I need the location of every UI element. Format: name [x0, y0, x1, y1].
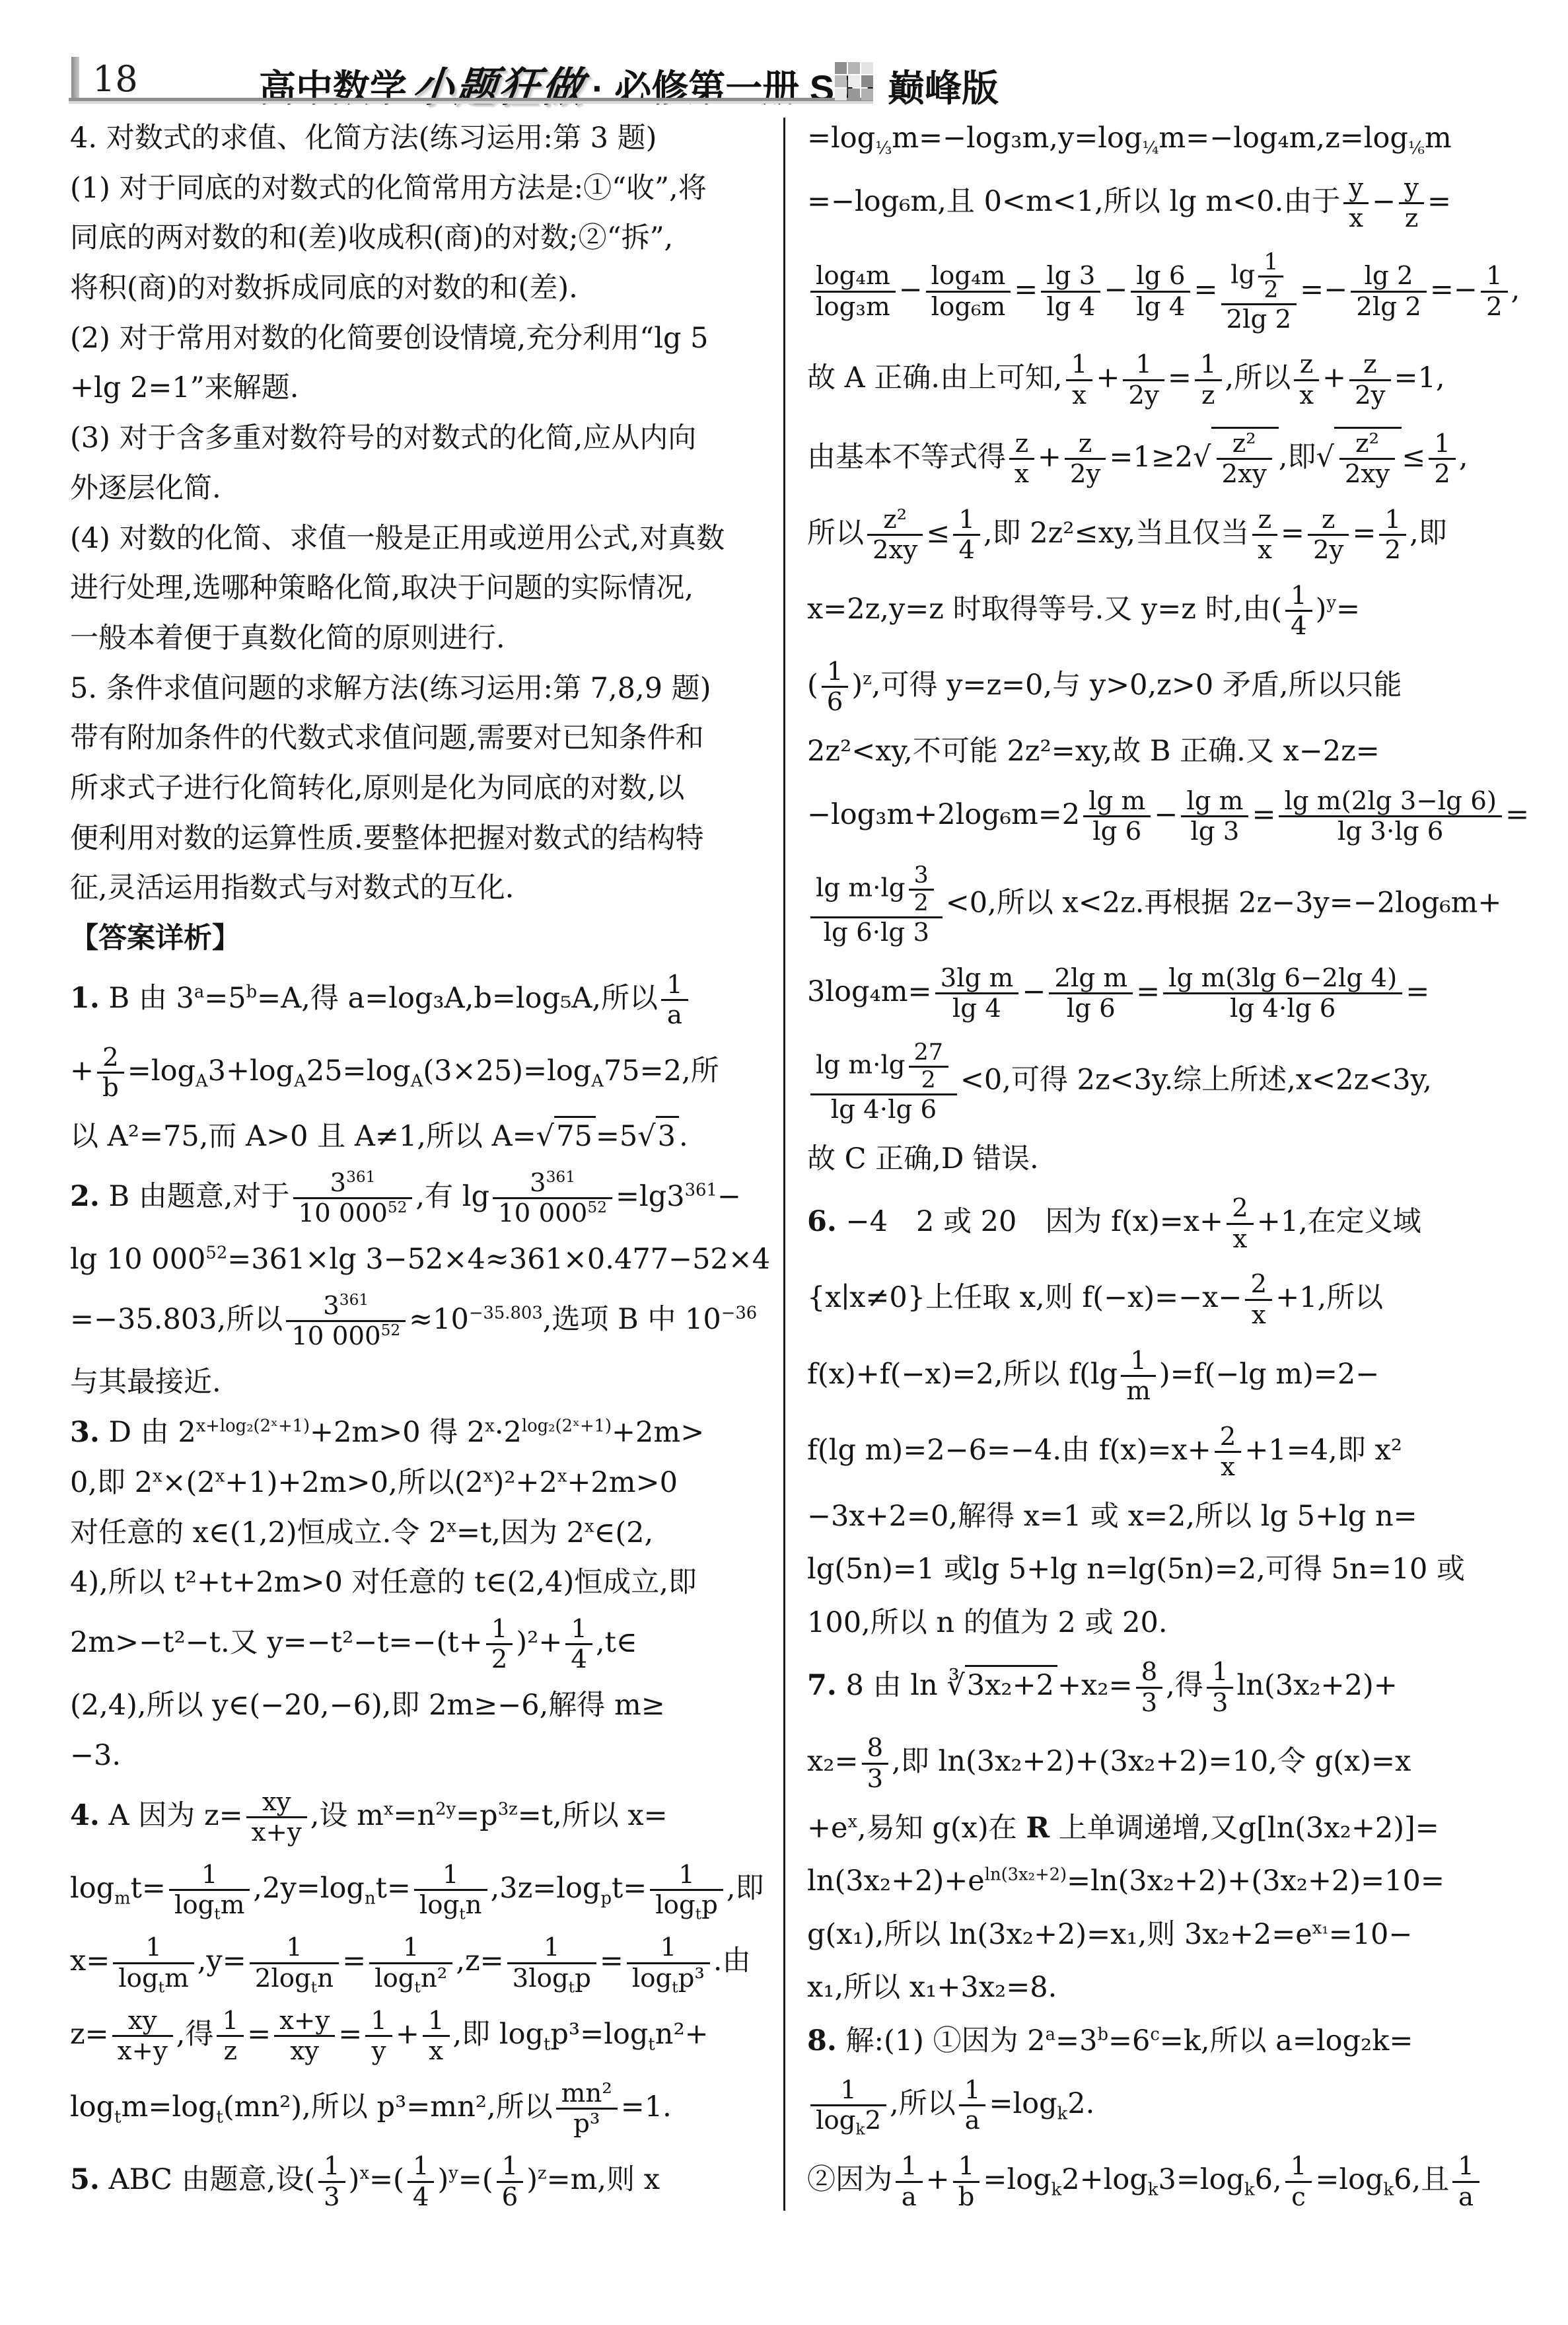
text-line: lg m·lg272lg 4·lg 6<0,可得 2z<3y.综上所述,x<2z… [807, 1040, 1531, 1124]
header-title-suffix: · 必修第一册 SJ · 巅峰版 [592, 67, 999, 109]
text-line: z=xyx+y,得1z=x+yxy=1y+1x,即 logtp³=logtn²+ [70, 2007, 765, 2066]
text-line: lg m·lg32lg 6·lg 3<0,所以 x<2z.再根据 2z−3y=−… [807, 863, 1531, 947]
text-line: =−log₆m,且 0<m<1,所以 lg m<0.由于yx−yz= [807, 174, 1531, 233]
text-line: ln(3x₂+2)+eln(3x₂+2)=ln(3x₂+2)+(3x₂+2)=1… [807, 1863, 1531, 1900]
text-line: 3. D 由 2x+log₂(2ˣ+1)+2m>0 得 2x·2log₂(2ˣ+… [70, 1415, 765, 1451]
checker-cell [848, 89, 860, 100]
text-line: 将积(商)的对数拆成同底的对数的和(差). [70, 270, 765, 307]
header-accent-bar [71, 57, 79, 100]
text-line: x₂=83,即 ln(3x₂+2)+(3x₂+2)=10,令 g(x)=x [807, 1734, 1531, 1793]
text-line: =log⅓m=−log₃m,y=log¼m=−log₄m,z=log⅙m [807, 120, 1531, 157]
text-line: (2,4),所以 y∈(−20,−6),即 2m≥−6,解得 m≥ [70, 1687, 765, 1724]
text-line: 对任意的 x∈(1,2)恒成立.令 2x=t,因为 2x∈(2, [70, 1515, 765, 1551]
text-line: 4),所以 t²+t+2m>0 对任意的 t∈(2,4)恒成立,即 [70, 1565, 765, 1601]
text-line: 1logk2,所以1a=logk2. [807, 2076, 1531, 2135]
text-line: =−35.803,所以336110 00052≈10−35.803,选项 B 中… [70, 1292, 765, 1351]
text-line: 故 A 正确.由上可知,1x+12y=1z,所以zx+z2y=1, [807, 350, 1531, 410]
text-line: (16)z,可得 y=z=0,与 y>0,z>0 矛盾,所以只能 [807, 657, 1531, 717]
text-line: x=1logtm,y=12logtn=1logtn²,z=13logtp=1lo… [70, 1933, 765, 1993]
checker-cell [861, 62, 873, 74]
text-line: 征,灵活运用指数式与对数式的互化. [70, 870, 765, 906]
text-line: 与其最接近. [70, 1364, 765, 1401]
text-line: 100,所以 n 的值为 2 或 20. [807, 1605, 1531, 1641]
text-line: (1) 对于同底的对数式的化简常用方法是:①“收”,将 [70, 170, 765, 207]
text-line: 所以z²2xy≤14,即 2z²≤xy,当且仅当zx=z2y=12,即 [807, 505, 1531, 565]
text-line: x=2z,y=z 时取得等号.又 y=z 时,由(14)y= [807, 581, 1531, 641]
series-logo: 小题狂做 [410, 54, 588, 113]
text-line: logtm=logt(mn²),所以 p³=mn²,所以mn²p³=1. [70, 2079, 765, 2139]
text-line: 7. 8 由 ln ∛3x₂+2+x₂=83,得13ln(3x₂+2)+ [807, 1658, 1531, 1717]
text-line: (4) 对数的化简、求值一般是正用或逆用公式,对真数 [70, 521, 765, 557]
text-line: 2. B 由题意,对于336110 00052,有 lg336110 00052… [70, 1169, 765, 1228]
text-line: 0,即 2x×(2x+1)+2m>0,所以(2x)²+2x+2m>0 [70, 1465, 765, 1501]
column-divider [783, 118, 785, 2211]
text-line: 5. ABC 由题意,设(13)x=(14)y=(16)z=m,则 x [70, 2152, 765, 2211]
left-column: 4. 对数式的求值、化简方法(练习运用:第 3 题)(1) 对于同底的对数式的化… [70, 120, 765, 2211]
header-title-prefix: 高中数学 [259, 67, 407, 109]
text-line: x₁,所以 x₁+3x₂=8. [807, 1970, 1531, 2006]
right-column: =log⅓m=−log₃m,y=log¼m=−log₄m,z=log⅙m=−lo… [807, 120, 1531, 2211]
checker-cell [848, 75, 860, 87]
text-line: 4. 对数式的求值、化简方法(练习运用:第 3 题) [70, 120, 765, 157]
text-line: 2m>−t²−t.又 y=−t²−t=−(t+12)²+14,t∈ [70, 1615, 765, 1674]
text-line: 【答案详析】 [70, 920, 765, 957]
text-line: 由基本不等式得zx+z2y=1≥2√z²2xy,即√z²2xy≤12, [807, 427, 1531, 489]
workbook-page: 18 高中数学小题狂做· 必修第一册 SJ · 巅峰版 4. 对数式的求值、化简… [0, 0, 1568, 2325]
text-line: 3log₄m=3lg mlg 4−2lg mlg 6=lg m(3lg 6−2l… [807, 964, 1531, 1023]
text-line: 同底的两对数的和(差)收成积(商)的对数;②“拆”, [70, 220, 765, 256]
text-line: g(x₁),所以 ln(3x₂+2)=x₁,则 3x₂+2=ex₁=10− [807, 1917, 1531, 1953]
text-line: ②因为1a+1b=logk2+logk3=logk6,1c=logk6,且1a [807, 2152, 1531, 2211]
checker-cell [861, 89, 873, 100]
text-line: 故 C 正确,D 错误. [807, 1141, 1531, 1177]
text-line: logmt=1logtm,2y=lognt=1logtn,3z=logpt=1l… [70, 1861, 765, 1920]
text-line: −3. [70, 1738, 765, 1774]
text-line: f(x)+f(−x)=2,所以 f(lg1m)=f(−lg m)=2− [807, 1347, 1531, 1406]
text-line: (2) 对于常用对数的化简要创设情境,充分利用“lg 5 [70, 320, 765, 357]
text-line: 外逐层化简. [70, 470, 765, 507]
text-line: 2z²<xy,不可能 2z²=xy,故 B 正确.又 x−2z= [807, 733, 1531, 770]
text-line: −log₃m+2log₆m=2lg mlg 6−lg mlg 3=lg m(2l… [807, 787, 1531, 846]
text-line: 8. 解:(1) ①因为 2a=3b=6c=k,所以 a=log₂k= [807, 2023, 1531, 2059]
text-line: lg 10 00052=361×lg 3−52×4≈361×0.477−52×4 [70, 1241, 765, 1278]
header-rule [69, 98, 873, 101]
text-line: (3) 对于含多重对数符号的对数式的化简,应从内向 [70, 420, 765, 457]
checkerboard-icon [835, 62, 873, 100]
text-line: 便利用对数的运算性质.要整体把握对数式的结构特 [70, 821, 765, 857]
page-number: 18 [92, 58, 138, 100]
checker-cell [835, 62, 847, 74]
text-line: 以 A²=75,而 A>0 且 A≠1,所以 A=√75=5√3. [70, 1116, 765, 1155]
text-line: 进行处理,选哪种策略化简,取决于问题的实际情况, [70, 570, 765, 607]
checker-cell [861, 75, 873, 87]
text-line: +2b=logA3+logA25=logA(3×25)=logA75=2,所 [70, 1043, 765, 1103]
header-title: 高中数学小题狂做· 必修第一册 SJ · 巅峰版 [259, 54, 999, 113]
text-line: +ex,易知 g(x)在 R 上单调递增,又g[ln(3x₂+2)]= [807, 1810, 1531, 1847]
text-line: lg(5n)=1 或lg 5+lg n=lg(5n)=2,可得 5n=10 或 [807, 1551, 1531, 1588]
text-line: 带有附加条件的代数式求值问题,需要对已知条件和 [70, 720, 765, 757]
text-line: −3x+2=0,解得 x=1 或 x=2,所以 lg 5+lg n= [807, 1498, 1531, 1535]
text-line: +lg 2=1”来解题. [70, 370, 765, 406]
checker-cell [848, 62, 860, 74]
text-line: 1. B 由 3a=5b=A,得 a=log₃A,b=log₅A,所以1a [70, 971, 765, 1030]
checker-cell [835, 75, 847, 87]
text-line: log₄mlog₃m−log₄mlog₆m=lg 3lg 4−lg 6lg 4=… [807, 250, 1531, 334]
text-line: 4. A 因为 z=xyx+y,设 mx=n2y=p3z=t,所以 x= [70, 1788, 765, 1847]
text-line: 6. −4 2 或 20 因为 f(x)=x+2x+1,在定义域 [807, 1194, 1531, 1253]
text-line: f(lg m)=2−6=−4.由 f(x)=x+2x+1=4,即 x² [807, 1422, 1531, 1482]
text-line: 所求式子进行化简转化,原则是化为同底的对数,以 [70, 770, 765, 807]
text-line: 一般本着便于真数化简的原则进行. [70, 620, 765, 657]
text-line: 5. 条件求值问题的求解方法(练习运用:第 7,8,9 题) [70, 671, 765, 707]
checker-cell [835, 89, 847, 100]
text-line: {x∣x≠0}上任取 x,则 f(−x)=−x−2x+1,所以 [807, 1270, 1531, 1329]
